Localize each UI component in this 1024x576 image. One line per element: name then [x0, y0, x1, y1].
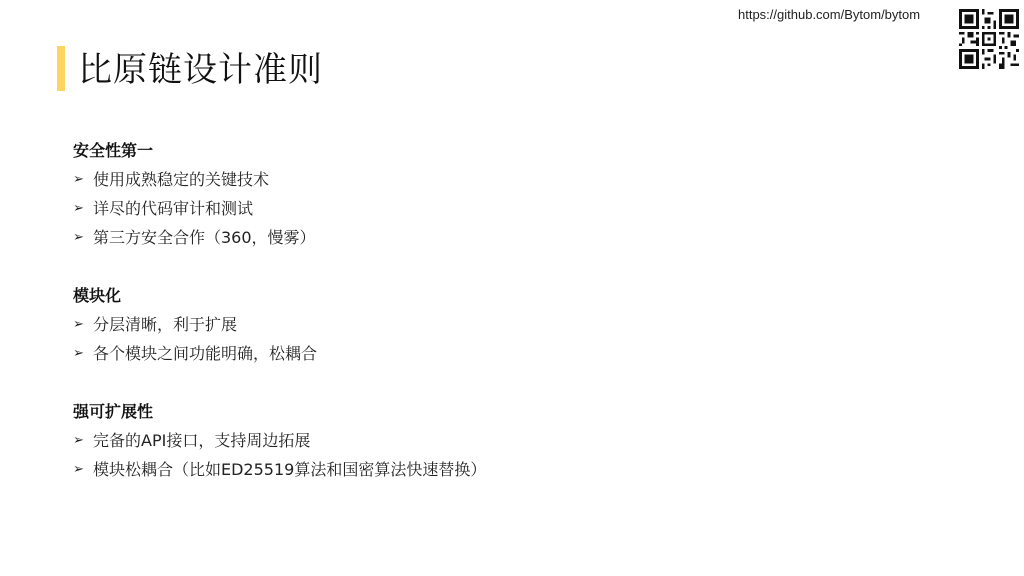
arrow-bullet-icon: ➢	[73, 170, 87, 190]
section-heading: 安全性第一	[73, 141, 316, 161]
list-item: ➢模块松耦合（比如ED25519算法和国密算法快速替换）	[73, 460, 486, 480]
arrow-bullet-icon: ➢	[73, 460, 87, 480]
arrow-bullet-icon: ➢	[73, 199, 87, 219]
arrow-bullet-icon: ➢	[73, 431, 87, 451]
section-heading: 强可扩展性	[73, 402, 486, 422]
section-modularity: 模块化 ➢分层清晰，利于扩展 ➢各个模块之间功能明确，松耦合	[73, 286, 317, 373]
arrow-bullet-icon: ➢	[73, 315, 87, 335]
list-item: ➢使用成熟稳定的关键技术	[73, 170, 316, 190]
list-item: ➢分层清晰，利于扩展	[73, 315, 317, 335]
qr-code-icon	[959, 7, 1019, 71]
section-security: 安全性第一 ➢使用成熟稳定的关键技术 ➢详尽的代码审计和测试 ➢第三方安全合作（…	[73, 141, 316, 257]
list-item: ➢详尽的代码审计和测试	[73, 199, 316, 219]
list-item: ➢完备的API接口，支持周边拓展	[73, 431, 486, 451]
repo-url-link[interactable]: https://github.com/Bytom/bytom	[738, 7, 920, 22]
list-item: ➢各个模块之间功能明确，松耦合	[73, 344, 317, 364]
section-heading: 模块化	[73, 286, 317, 306]
list-item: ➢第三方安全合作（360，慢雾）	[73, 228, 316, 248]
arrow-bullet-icon: ➢	[73, 344, 87, 364]
title-accent-bar	[57, 46, 65, 91]
slide-title: 比原链设计准则	[78, 48, 323, 92]
arrow-bullet-icon: ➢	[73, 228, 87, 248]
section-extensibility: 强可扩展性 ➢完备的API接口，支持周边拓展 ➢模块松耦合（比如ED25519算…	[73, 402, 486, 489]
